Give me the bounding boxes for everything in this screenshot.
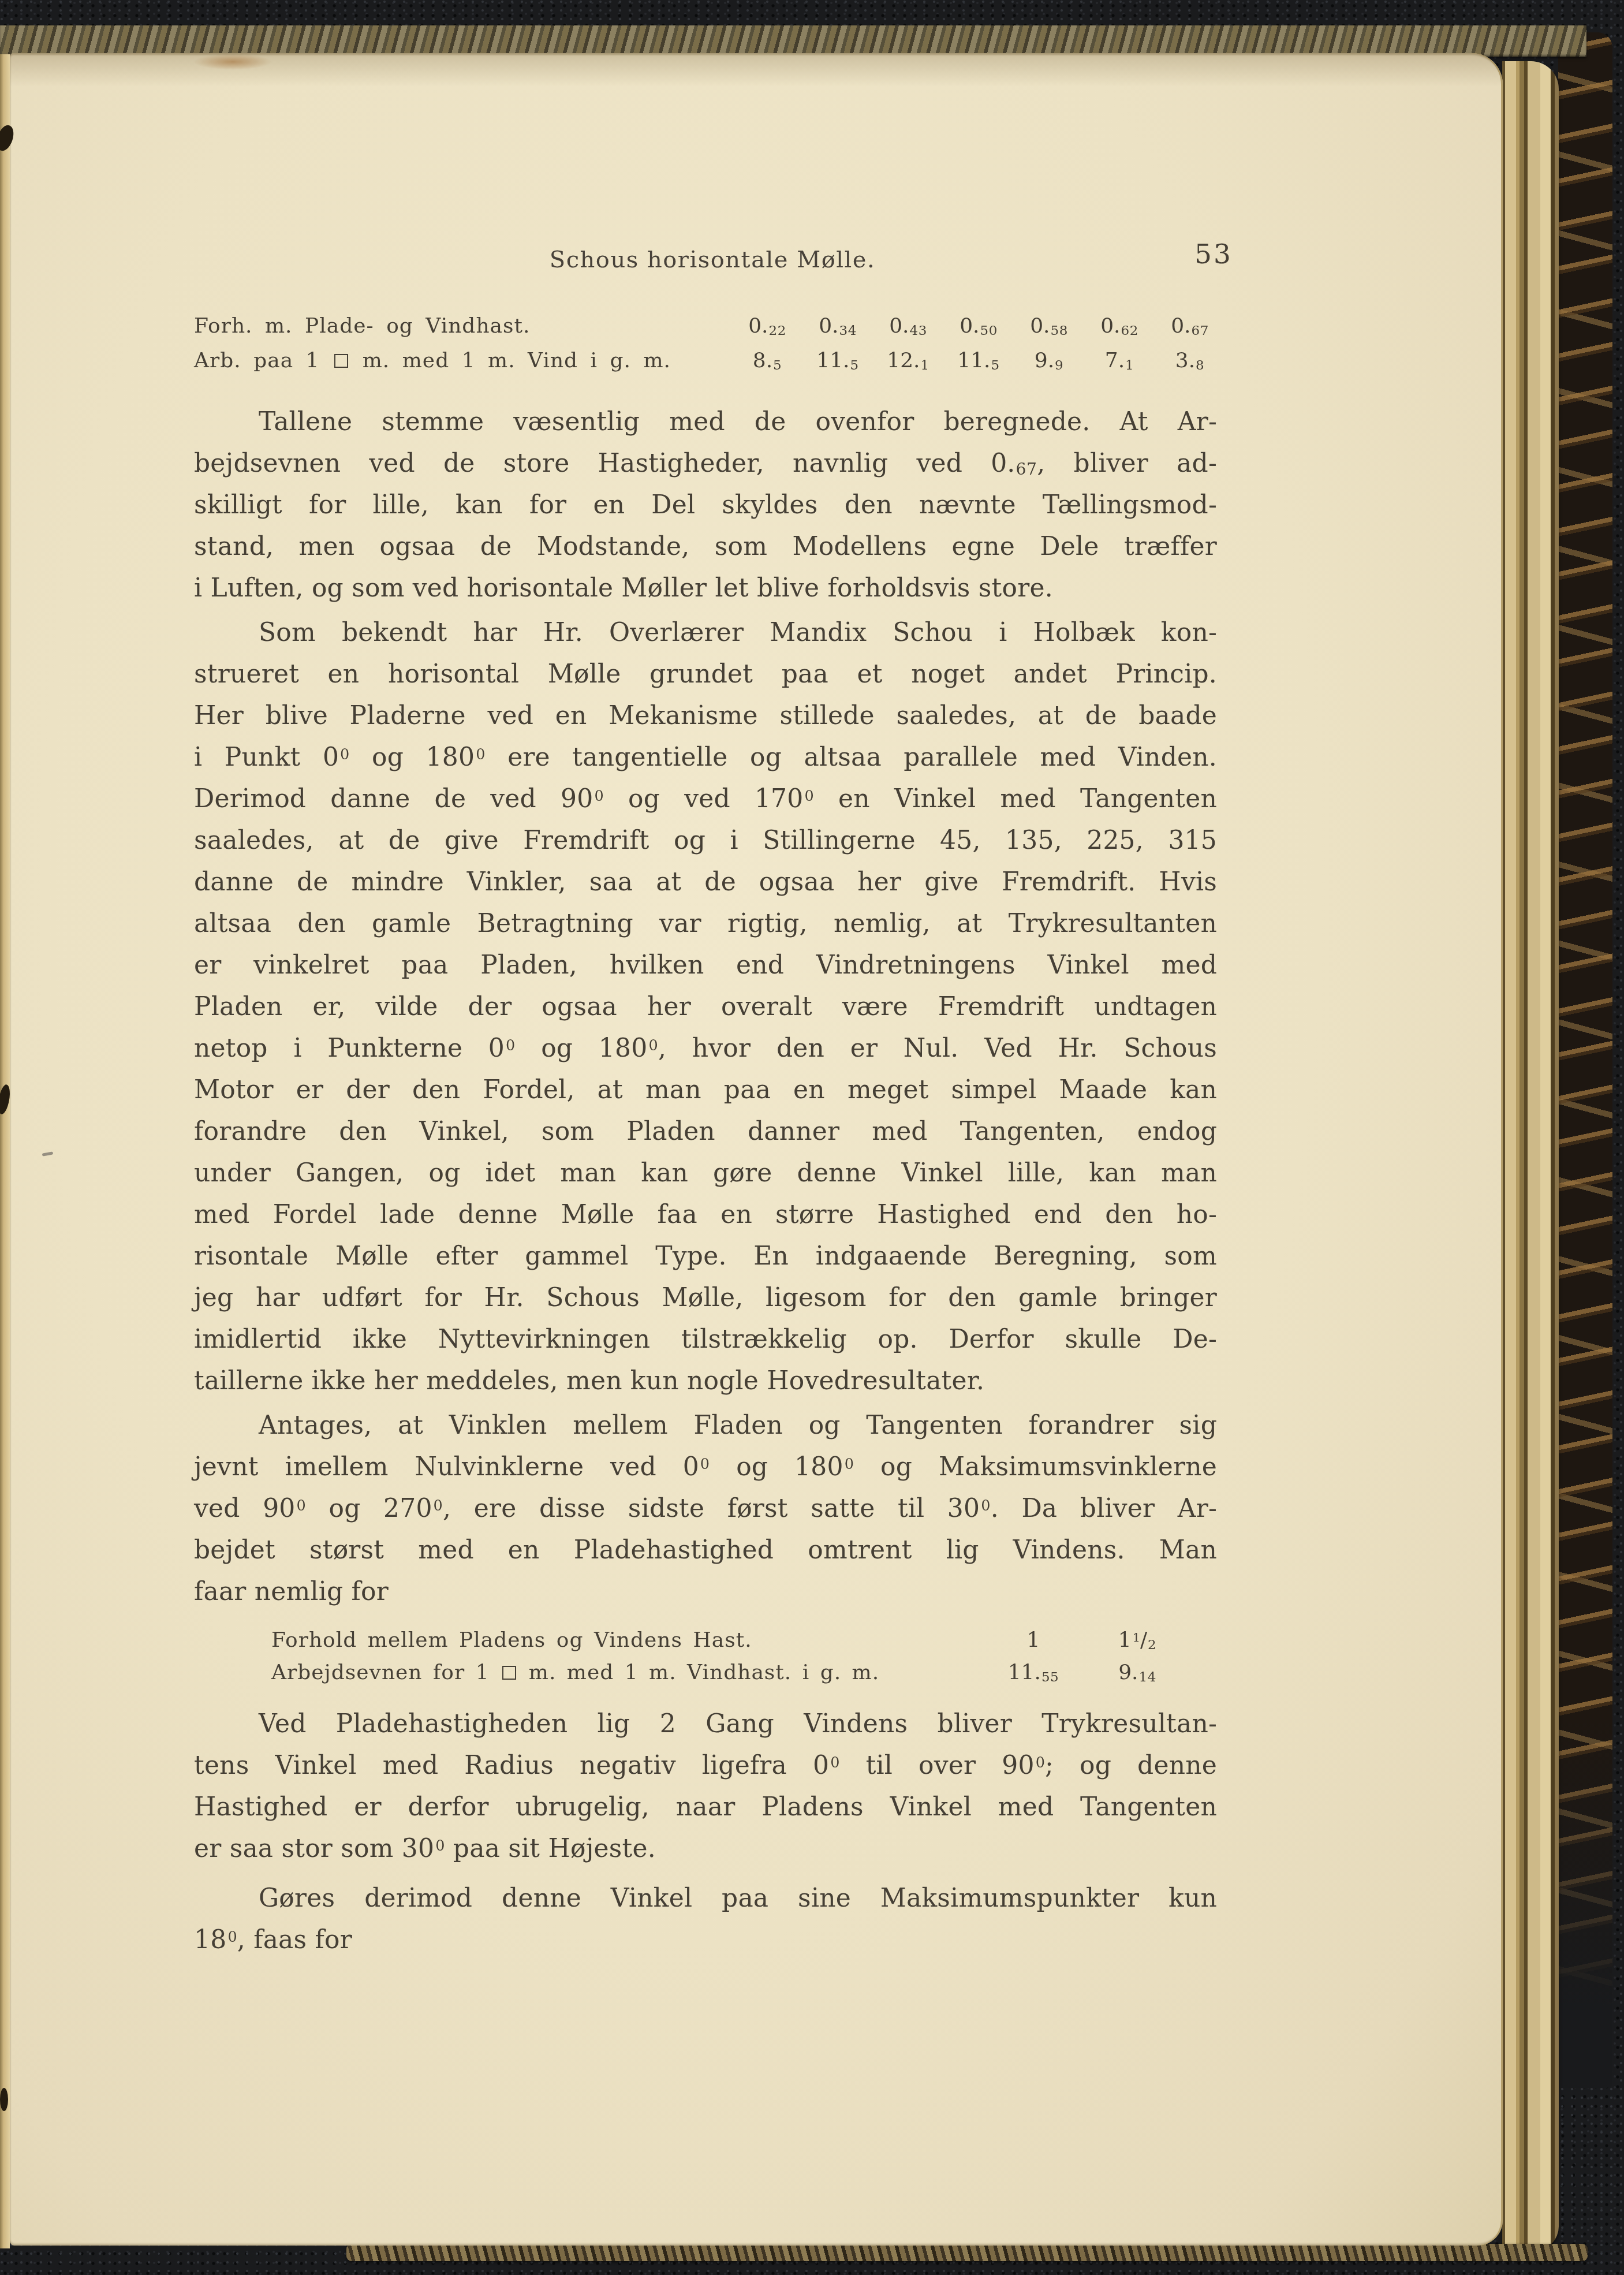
text-line: Pladen er, vilde der ogsaa her overalt v… [194, 986, 1217, 1028]
table-value: 11/2 [1085, 1628, 1189, 1652]
text-line: 180, faas for [194, 1919, 1217, 1961]
table-row: Arb. paa 1 m. med 1 m. Vind i g. m.8.511… [194, 349, 1225, 383]
text-line: er saa stor som 300 paa sit Højeste. [194, 1828, 1217, 1870]
text-line: Som bekendt har Hr. Overlærer Mandix Sch… [194, 612, 1217, 654]
paragraph: Tallene stemme væsentlig med de ovenfor … [194, 401, 1217, 609]
table-value: 3.8 [1155, 349, 1225, 372]
page-number: 53 [1194, 238, 1233, 271]
text-line: i Luften, og som ved horisontale Møller … [194, 568, 1217, 609]
table-row-label: Arb. paa 1 m. med 1 m. Vind i g. m. [194, 349, 732, 372]
body-paragraphs-lower: Ved Pladehastigheden lig 2 Gang Vindens … [194, 1703, 1217, 1961]
text-line: ved 900 og 2700, ere disse sidste først … [194, 1488, 1217, 1530]
paragraph: Gøres derimod denne Vinkel paa sine Maks… [194, 1878, 1217, 1961]
table-row: Forhold mellem Pladens og Vindens Hast.1… [271, 1628, 1189, 1661]
table-value: 7.1 [1084, 349, 1155, 372]
text-line: forandre den Vinkel, som Pladen danner m… [194, 1111, 1217, 1153]
table-value: 11.5 [802, 349, 873, 372]
text-line: stand, men ogsaa de Modstande, som Model… [194, 526, 1217, 568]
table-value: 8.5 [732, 349, 802, 372]
table-value: 0.62 [1084, 314, 1155, 338]
text-line: i Punkt 00 og 1800 ere tangentielle og a… [194, 737, 1217, 778]
text-line: under Gangen, og idet man kan gøre denne… [194, 1153, 1217, 1194]
table-value: 0.50 [943, 314, 1014, 338]
fore-edge-page-stack [1502, 61, 1559, 2251]
text-line: altsaa den gamle Betragtning var rigtig,… [194, 903, 1217, 945]
table-row-label: Arbejdsevnen for 1 m. med 1 m. Vindhast.… [271, 1661, 981, 1684]
tailband-braid [346, 2244, 1588, 2261]
text-line: Tallene stemme væsentlig med de ovenfor … [194, 401, 1217, 443]
text-line: taillerne ikke her meddeles, men kun nog… [194, 1360, 1217, 1402]
table-value: 1 [981, 1628, 1085, 1652]
text-line: risontale Mølle efter gammel Type. En in… [194, 1236, 1217, 1277]
square-meter-symbol [502, 1666, 516, 1680]
running-title: Schous horisontale Mølle. [201, 244, 1223, 276]
body-paragraphs-upper: Tallene stemme væsentlig med de ovenfor … [194, 401, 1217, 1613]
table-value: 9.14 [1085, 1661, 1189, 1684]
table-plate-wind-speed: Forh. m. Plade- og Vindhast.0.220.340.43… [194, 314, 1225, 383]
text-line: faar nemlig for [194, 1571, 1217, 1613]
table-value: 0.43 [873, 314, 943, 338]
gutter-page-edges [0, 54, 10, 2248]
text-line: Motor er der den Fordel, at man paa en m… [194, 1069, 1217, 1111]
text-line: tens Vinkel med Radius negativ ligefra 0… [194, 1745, 1217, 1787]
table-value: 0.58 [1014, 314, 1084, 338]
text-line: skilligt for lille, kan for en Del skyld… [194, 484, 1217, 526]
book-scan: Schous horisontale Mølle. 53 Forh. m. Pl… [0, 0, 1624, 2275]
text-line: Her blive Pladerne ved en Mekanisme stil… [194, 695, 1217, 737]
table-row-label: Forh. m. Plade- og Vindhast. [194, 314, 732, 338]
cover-worn-leather-edge [1558, 32, 1612, 2088]
text-line: strueret en horisontal Mølle grundet paa… [194, 654, 1217, 695]
paragraph: Antages, at Vinklen mellem Fladen og Tan… [194, 1405, 1217, 1613]
text-line: bejdet størst med en Pladehastighed omtr… [194, 1530, 1217, 1571]
text-line: med Fordel lade denne Mølle faa en størr… [194, 1194, 1217, 1236]
paragraph: Som bekendt har Hr. Overlærer Mandix Sch… [194, 612, 1217, 1402]
table-value: 11.55 [981, 1661, 1085, 1684]
rust-stain [193, 54, 272, 70]
table-value: 9.9 [1014, 349, 1084, 372]
table-row: Forh. m. Plade- og Vindhast.0.220.340.43… [194, 314, 1225, 349]
text-line: jevnt imellem Nulvinklerne ved 00 og 180… [194, 1446, 1217, 1488]
pencil-mark [42, 1151, 54, 1156]
table-value: 12.1 [873, 349, 943, 372]
table-row: Arbejdsevnen for 1 m. med 1 m. Vindhast.… [271, 1661, 1189, 1693]
table-value: 0.67 [1155, 314, 1225, 338]
text-line: bejdsevnen ved de store Hastigheder, nav… [194, 443, 1217, 484]
text-line: danne de mindre Vinkler, saa at de ogsaa… [194, 861, 1217, 903]
text-line: imidlertid ikke Nyttevirkningen tilstræk… [194, 1319, 1217, 1360]
headband-braid [0, 25, 1586, 57]
text-line: Antages, at Vinklen mellem Fladen og Tan… [194, 1405, 1217, 1446]
table-value: 0.22 [732, 314, 802, 338]
table-value: 0.34 [802, 314, 873, 338]
square-meter-symbol [334, 354, 348, 368]
paragraph: Ved Pladehastigheden lig 2 Gang Vindens … [194, 1703, 1217, 1870]
text-line: jeg har udført for Hr. Schous Mølle, lig… [194, 1277, 1217, 1319]
text-line: Gøres derimod denne Vinkel paa sine Maks… [194, 1878, 1217, 1919]
book-page: Schous horisontale Mølle. 53 Forh. m. Pl… [10, 53, 1503, 2246]
table-value: 11.5 [943, 349, 1014, 372]
text-line: Ved Pladehastigheden lig 2 Gang Vindens … [194, 1703, 1217, 1745]
text-line: saaledes, at de give Fremdrift og i Stil… [194, 820, 1217, 861]
text-line: Derimod danne de ved 900 og ved 1700 en … [194, 778, 1217, 820]
text-line: Hastighed er derfor ubrugelig, naar Plad… [194, 1787, 1217, 1828]
table-row-label: Forhold mellem Pladens og Vindens Hast. [271, 1628, 981, 1652]
text-line: er vinkelret paa Pladen, hvilken end Vin… [194, 945, 1217, 986]
table-speed-ratio: Forhold mellem Pladens og Vindens Hast.1… [271, 1628, 1189, 1693]
binding-thread-mark [0, 2088, 8, 2111]
text-line: netop i Punkterne 00 og 1800, hvor den e… [194, 1028, 1217, 1069]
